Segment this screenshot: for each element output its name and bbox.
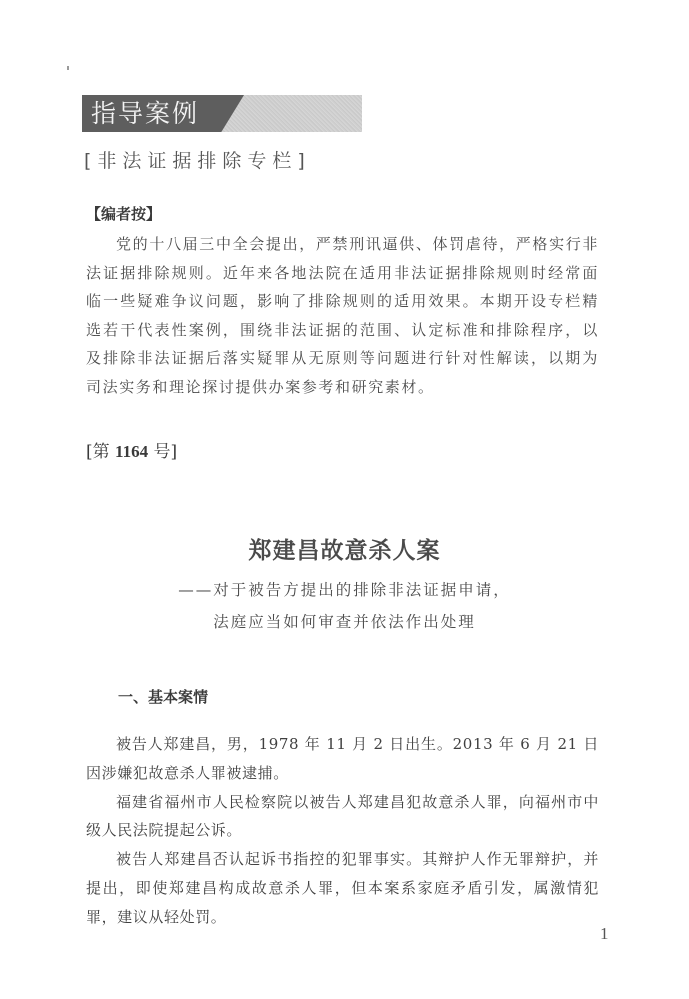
section-body: 被告人郑建昌，男，1978 年 11 月 2 日出生。2013 年 6 月 21… [86,730,599,932]
badge-hatched-bar [220,95,362,132]
paragraph: 被告人郑建昌否认起诉书指控的犯罪事实。其辩护人作无罪辩护，并提出，即使郑建昌构成… [86,845,599,931]
paragraph: 被告人郑建昌，男，1978 年 11 月 2 日出生。2013 年 6 月 21… [86,730,599,788]
editor-note-heading: 【编者按】 [86,203,161,224]
editor-note-body: 党的十八届三中全会提出，严禁刑讯逼供、体罚虐待，严格实行非法证据排除规则。近年来… [86,230,599,401]
guiding-case-badge: 指导案例 [82,95,362,132]
case-number-prefix: [第 [86,442,115,462]
column-title: [非法证据排除专栏] [84,146,311,173]
section-heading: 一、基本案情 [118,686,208,707]
case-title: 郑建昌故意杀人案 [0,532,689,565]
case-number-suffix: 号] [148,442,177,462]
case-number-value: 1164 [115,442,148,461]
page-number: 1 [600,924,609,944]
badge-label: 指导案例 [91,97,199,130]
case-subtitle-line-2: 法庭应当如何审查并依法作出处理 [0,610,689,632]
case-subtitle-line-1: ——对于被告方提出的排除非法证据申请， [0,578,689,600]
case-number: [第 1164 号] [86,437,177,462]
paragraph: 福建省福州市人民检察院以被告人郑建昌犯故意杀人罪，向福州市中级人民法院提起公诉。 [86,788,599,846]
scan-speck [67,66,69,70]
